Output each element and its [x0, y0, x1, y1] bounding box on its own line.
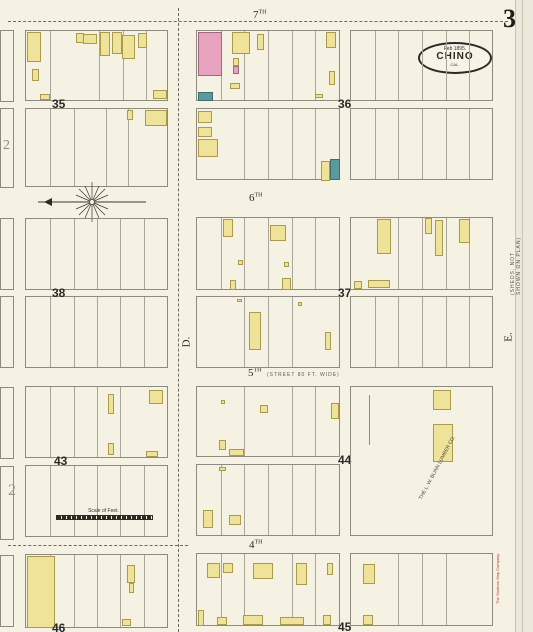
building-frame: [100, 32, 110, 56]
block-43-north: [25, 386, 168, 458]
building-frame: [207, 563, 220, 578]
building-frame: [270, 225, 286, 241]
scale-of-feet: Scale of Feet.: [56, 508, 153, 520]
building-frame: [435, 220, 443, 256]
building-frame: [108, 394, 114, 414]
building-frame: [129, 583, 134, 593]
d-street-line: [178, 8, 179, 632]
partial-block-west-4: [0, 296, 14, 368]
building-frame: [232, 32, 250, 54]
fourth-street-line-west: [8, 545, 188, 546]
street-6th-suffix: TH: [255, 192, 263, 198]
street-4th-suffix: TH: [255, 539, 263, 545]
building-frame: [260, 405, 268, 413]
building-frame: [83, 34, 97, 44]
building-frame: [257, 34, 264, 50]
sanborn-map-sheet: 3 Feb 1895. CHINO CAL. 7TH 6TH 5TH (STRE…: [0, 0, 533, 632]
building-frame: [153, 90, 167, 99]
building-frame: [368, 280, 390, 288]
lot-line: [350, 395, 370, 445]
building-frame: [284, 262, 289, 267]
block-37-south: [196, 296, 340, 368]
building-frame: [229, 515, 241, 525]
building-frame: [122, 35, 135, 59]
block-38-south: [25, 296, 168, 368]
street-e-label: E.: [503, 332, 515, 341]
building-frame: [327, 563, 333, 575]
building-frame: [146, 451, 158, 457]
building-frame: [321, 161, 330, 181]
building-frame: [108, 443, 114, 455]
building-frame: [230, 280, 236, 290]
building-frame: [230, 83, 240, 89]
block-number-46: 46: [52, 621, 65, 632]
building-frame: [149, 390, 163, 404]
block-number-38: 38: [52, 286, 65, 300]
building-frame: [198, 111, 212, 123]
building-frame: [223, 563, 233, 573]
building-frame: [243, 615, 263, 625]
building-frame: [221, 400, 225, 404]
adjoining-sheet-ref: 2: [3, 138, 10, 154]
building-frame: [198, 610, 204, 626]
block-46: [25, 554, 168, 628]
street-5th-suffix: TH: [254, 367, 262, 373]
block-east-of-45: [350, 553, 493, 626]
building-frame: [223, 219, 233, 237]
building-frame: [282, 278, 291, 290]
street-d-label: D.: [180, 337, 192, 348]
street-7th-suffix: TH: [259, 9, 267, 15]
building-frame: [238, 260, 243, 265]
block-35-south: [25, 108, 168, 187]
seventh-street-line: [8, 21, 508, 22]
building-stone: [198, 92, 213, 101]
block-37-north: [196, 217, 340, 290]
margin-rule: [522, 0, 523, 632]
building-frame: [298, 302, 302, 306]
building-frame: [138, 33, 147, 48]
building-frame: [203, 510, 213, 528]
street-4th-label: 4TH: [249, 539, 263, 551]
building-frame: [217, 617, 227, 625]
building-frame: [122, 619, 131, 626]
block-35-north: [25, 30, 168, 101]
building-frame: [329, 71, 335, 85]
building-frame: [377, 219, 391, 254]
block-45: [196, 553, 340, 626]
partial-block-west-3: [0, 218, 14, 290]
street-5th-label: 5TH: [248, 367, 262, 379]
building-frame: [363, 615, 373, 625]
street-5th-width-note: (STREET 80 FT. WIDE): [267, 372, 340, 378]
street-6th-label: 6TH: [249, 192, 263, 204]
sheet-margin: [515, 0, 533, 632]
scale-bar: [56, 515, 153, 520]
building-frame: [326, 32, 336, 48]
adjoining-sheet-ref-2: 2: [8, 482, 16, 500]
building-frame: [323, 615, 331, 625]
building-frame: [331, 403, 339, 419]
sheet-number: 3: [503, 4, 516, 34]
building-frame: [127, 565, 135, 583]
building-frame: [145, 110, 167, 126]
sheds-note: (SHEDS, NOT SHOWN ON PLAN): [510, 235, 522, 295]
block-east-of-36: [350, 30, 493, 101]
block-east-of-37-south: [350, 296, 493, 368]
building-frame: [425, 218, 432, 234]
building-frame: [198, 139, 218, 157]
building-frame: [40, 94, 50, 100]
building-frame: [112, 32, 122, 54]
building-frame-church: [249, 312, 261, 350]
partial-block-west-1: [0, 30, 14, 102]
block-43-south: [25, 465, 168, 537]
scale-label: Scale of Feet.: [56, 508, 151, 514]
building-frame: [219, 440, 226, 450]
building-frame-office: [433, 390, 451, 410]
building-frame: [233, 58, 239, 66]
block-44-north: [196, 386, 340, 457]
partial-block-west-5: [0, 387, 14, 459]
building-frame: [280, 617, 304, 625]
partial-block-west-6: [0, 466, 14, 540]
building-stone: [330, 159, 340, 180]
building-frame: [253, 563, 273, 579]
block-44-south: [196, 464, 340, 536]
building-frame: [219, 467, 226, 471]
building-frame: [325, 332, 331, 350]
building-frame: [354, 281, 362, 289]
building-frame: [237, 299, 242, 302]
building-frame: [459, 219, 470, 243]
block-36-south: [196, 108, 340, 180]
publisher-stamp: The Sanborn Map Company: [495, 552, 505, 604]
street-7th-label: 7TH: [253, 9, 267, 21]
building-brick: [233, 66, 239, 74]
block-lumber-yard: [350, 386, 493, 536]
building-frame: [127, 110, 133, 120]
block-38: [25, 218, 168, 290]
building-frame: [32, 69, 39, 81]
building-frame: [363, 564, 375, 584]
block-east-of-37: [350, 217, 493, 290]
building-frame: [315, 94, 323, 98]
building-frame: [296, 563, 307, 585]
building-frame: [198, 127, 212, 137]
building-brick: [198, 32, 222, 76]
block-36-north: [196, 30, 340, 101]
partial-block-west-7: [0, 555, 14, 627]
building-frame: [27, 32, 41, 62]
building-frame: [229, 449, 244, 456]
building-frame-warehouse: [27, 556, 55, 628]
block-east-of-36-south: [350, 108, 493, 180]
